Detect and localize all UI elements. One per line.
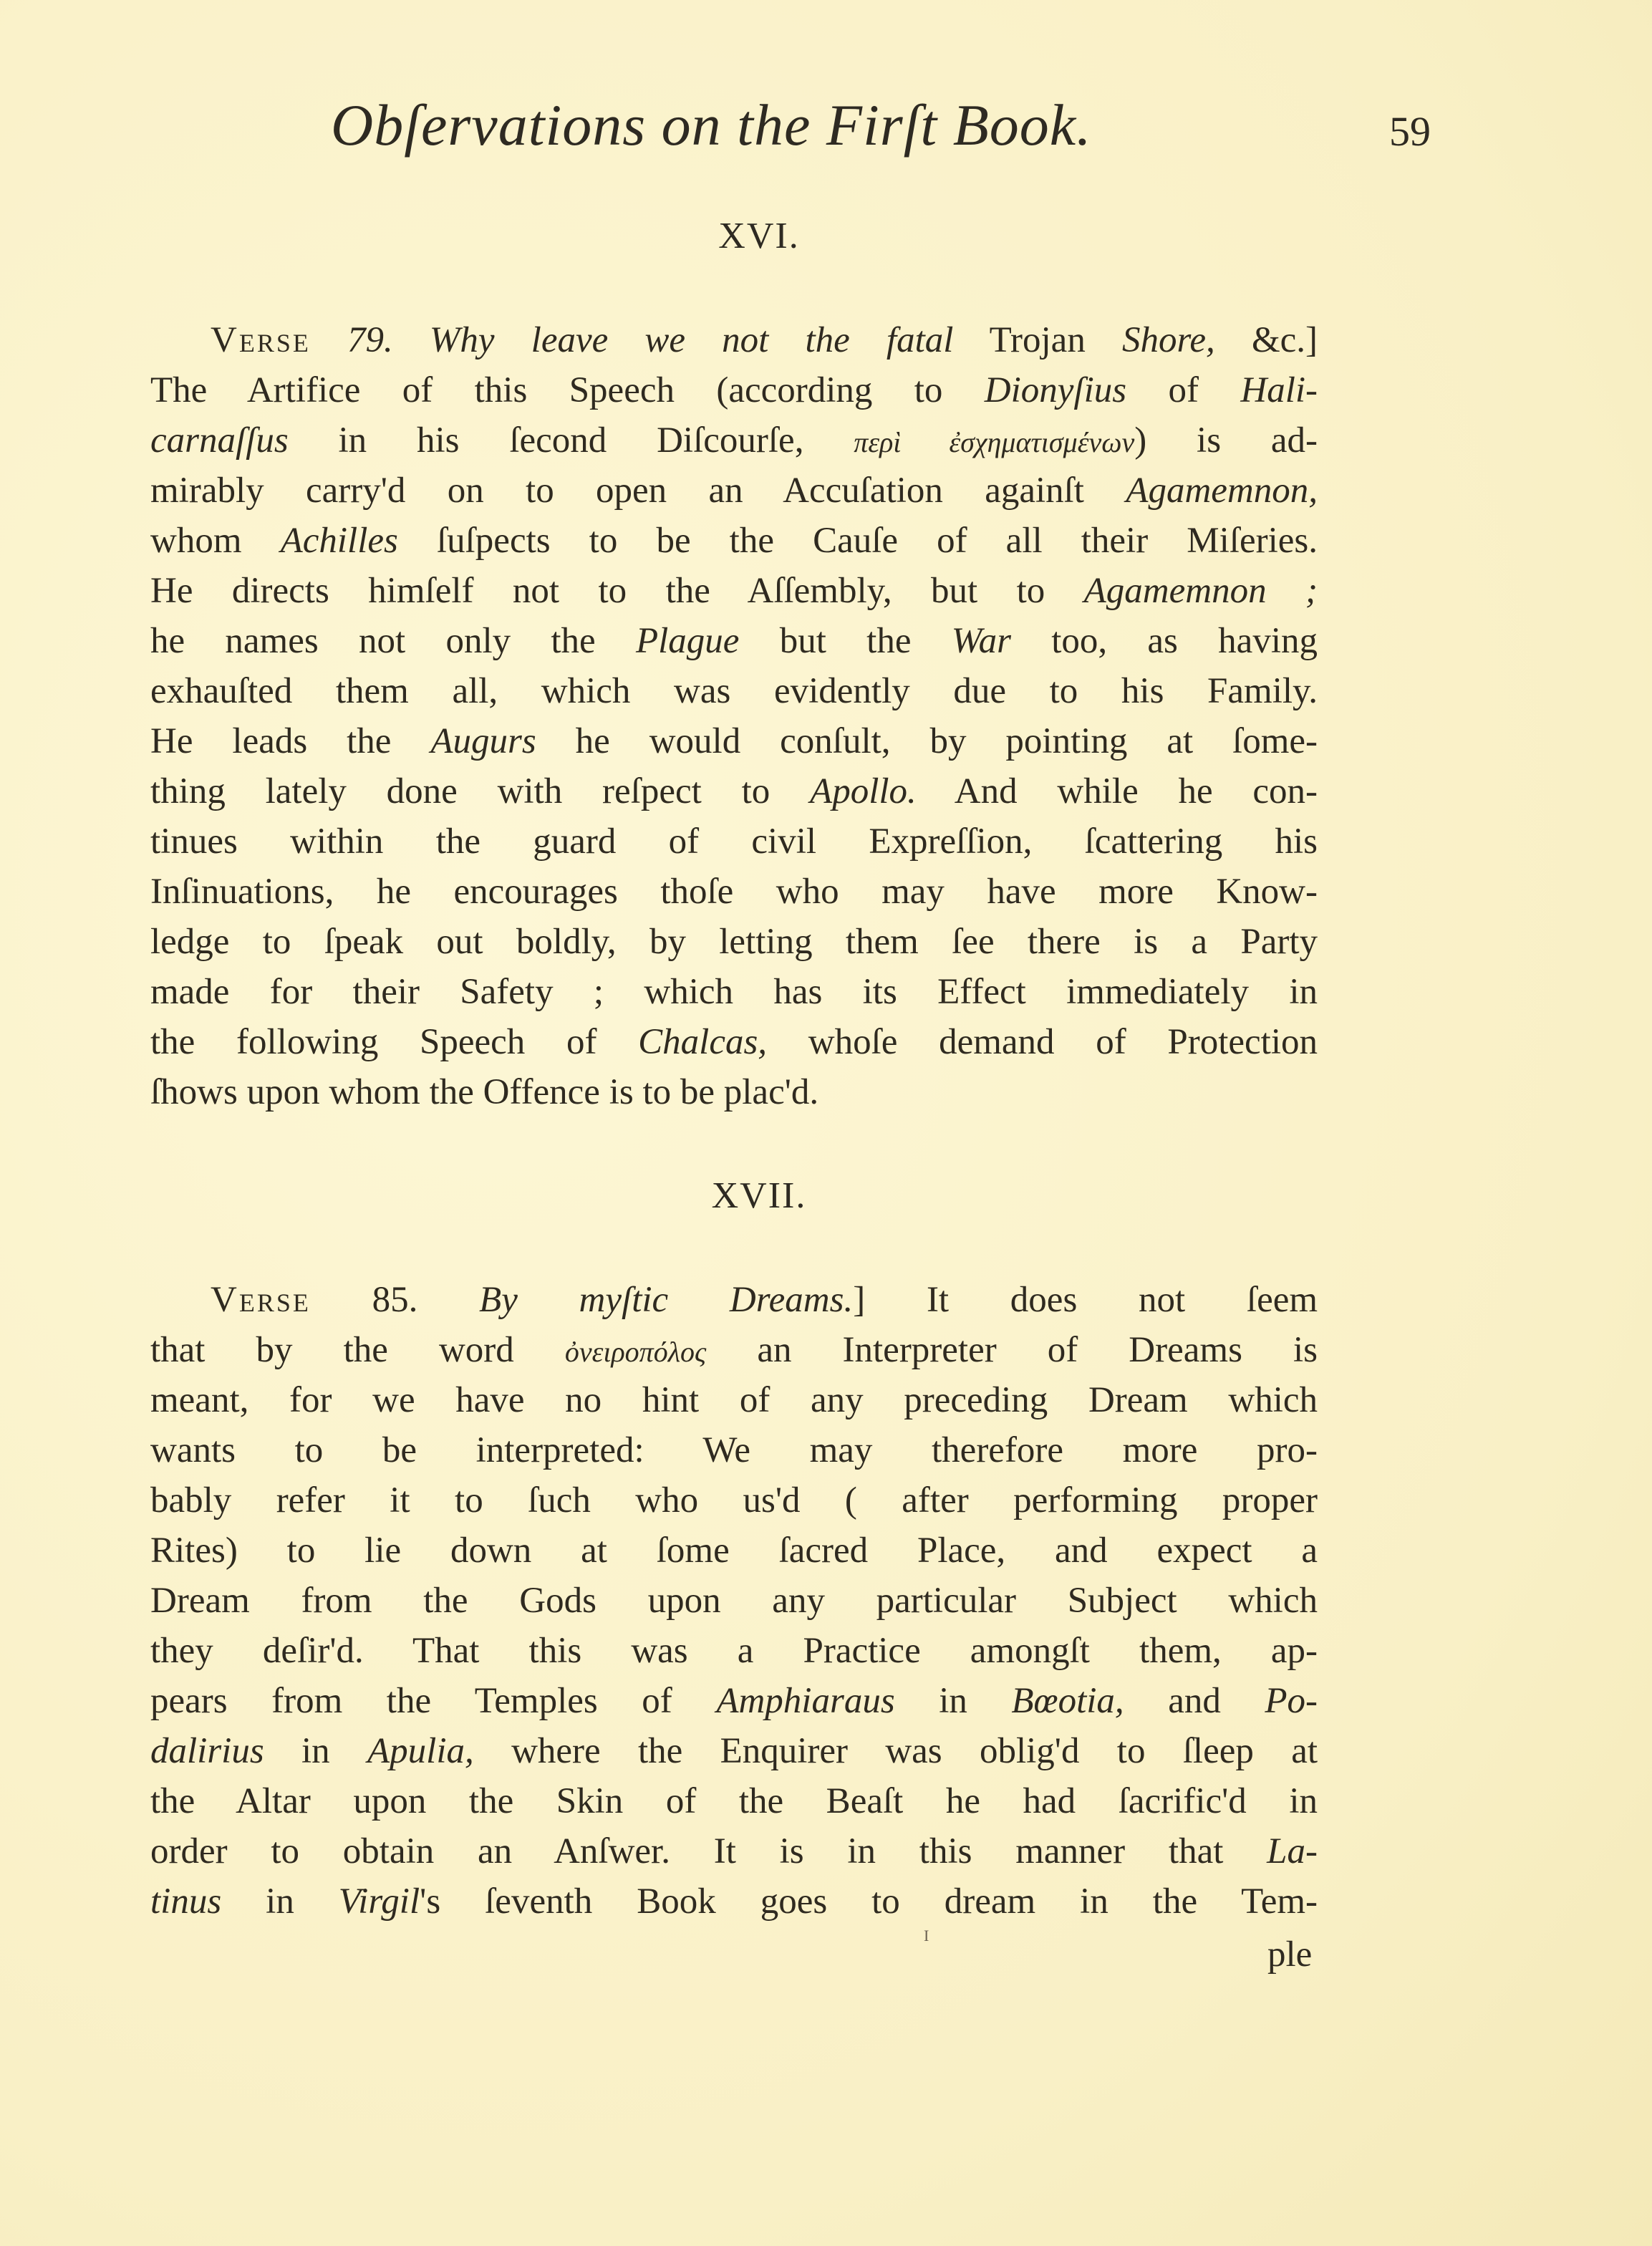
text-run: where the Enquirer was oblig'd to ſleep … (511, 1731, 1318, 1771)
proper-name: carnaſſus (150, 420, 289, 461)
text-run: wants to be interpreted: We may therefor… (150, 1430, 1318, 1470)
proper-name: Bœotia, (1011, 1681, 1124, 1721)
proper-name: Apollo. (810, 771, 917, 811)
verse-line: Verse 85. By myſtic Dreams.] It does not… (150, 1275, 1318, 1325)
text-line: He directs himſelf not to the Aſſembly, … (150, 566, 1318, 616)
verse-number: 85. (372, 1280, 418, 1320)
lemma: By myſtic Dreams. (479, 1280, 853, 1320)
lemma-tail: &c.] (1252, 320, 1318, 360)
text-run: bably refer it to ſuch who us'd ( after … (150, 1480, 1318, 1520)
text-line: bably refer it to ſuch who us'd ( after … (150, 1475, 1318, 1526)
proper-name: Chalcas, (638, 1022, 767, 1062)
text-line: The Artifice of this Speech (according t… (150, 365, 1318, 415)
text-run: in (301, 1731, 330, 1771)
text-run: Rites) to lie down at ſome ſacred Place,… (150, 1531, 1318, 1571)
text-line: He leads the Augurs he would conſult, by… (150, 716, 1318, 766)
text-line: exhauſted them all, which was evidently … (150, 666, 1318, 716)
proper-name: Dionyſius (985, 370, 1126, 410)
text-run: in his ſecond Diſcourſe, (339, 420, 804, 461)
lemma-tail: ] (853, 1280, 865, 1320)
text-run: and (1168, 1681, 1221, 1721)
text-run: he names not only the (150, 621, 596, 661)
text-run: of (1169, 370, 1199, 410)
running-title: Obſervations on the Firſt Book. (331, 92, 1092, 159)
text-line: pears from the Temples of Amphiaraus in … (150, 1676, 1318, 1726)
proper-name: Amphiaraus (716, 1681, 894, 1721)
text-run: whoſe demand of Protection (808, 1022, 1318, 1062)
proper-name: Agamemnon ; (1084, 571, 1318, 611)
page-number: 59 (1389, 107, 1431, 155)
text-run: He leads the (150, 721, 391, 761)
text-run: ſhows upon whom the Offence is to be pla… (150, 1072, 818, 1112)
proper-name: Plague (636, 621, 739, 661)
text-run: that by the word (150, 1330, 514, 1370)
text-run: thing lately done with reſpect to (150, 771, 770, 811)
text-run: he would conſult, by pointing at ſome- (576, 721, 1318, 761)
text-run: And while he con- (955, 771, 1318, 811)
text-run: ledge to ſpeak out boldly, by letting th… (150, 922, 1318, 962)
text-run: 's ſeventh Book goes to dream in the Tem… (420, 1881, 1318, 1922)
text-line: the following Speech of Chalcas, whoſe d… (150, 1017, 1318, 1067)
section-number-xvii: XVII. (652, 1175, 866, 1217)
lemma: Why leave we not the fatal (430, 320, 954, 360)
text-line: thing lately done with reſpect to Apollo… (150, 766, 1318, 816)
text-line: the Altar upon the Skin of the Beaſt he … (150, 1776, 1318, 1826)
text-line: order to obtain an Anſwer. It is in this… (150, 1826, 1318, 1876)
text-run: meant, for we have no hint of any preced… (150, 1380, 1318, 1420)
signature-mark: I (924, 1927, 929, 1945)
verse-number: 79. (347, 320, 393, 360)
text-run: It does not ſeem (927, 1280, 1318, 1320)
verse-label: Verse (211, 1280, 311, 1320)
text-line: ledge to ſpeak out boldly, by letting th… (150, 917, 1318, 967)
text-run: made for their Safety ; which has its Ef… (150, 972, 1318, 1012)
text-run: they deſir'd. That this was a Practice a… (150, 1631, 1318, 1671)
text-run: the following Speech of (150, 1022, 596, 1062)
proper-name: War (952, 621, 1011, 661)
catchword: ple (1267, 1934, 1312, 1975)
text-line: tinus in Virgil's ſeventh Book goes to d… (150, 1876, 1318, 1927)
proper-name: dalirius (150, 1731, 264, 1771)
text-line: they deſir'd. That this was a Practice a… (150, 1626, 1318, 1676)
proper-name: tinus (150, 1881, 221, 1922)
text-run: too, as having (1051, 621, 1318, 661)
text-run: tinues within the guard of civil Expreſſ… (150, 821, 1318, 862)
text-run: an Interpreter of Dreams is (757, 1330, 1318, 1370)
text-run: ſuſpects to be the Cauſe of all their Mi… (437, 521, 1318, 561)
section-xvii-text: Verse 85. By myſtic Dreams.] It does not… (150, 1275, 1318, 1927)
text-run: order to obtain an Anſwer. It is in this… (150, 1831, 1223, 1871)
text-run: The Artifice of this Speech (according t… (150, 370, 942, 410)
greek-word: ὀνειροπόλος (565, 1336, 706, 1368)
section-number-xvi: XVI. (652, 215, 866, 257)
lemma-end: Shore, (1122, 320, 1215, 360)
text-run: He directs himſelf not to the Aſſembly, … (150, 571, 1045, 611)
text-run: whom (150, 521, 242, 561)
text-run: Inſinuations, he encourages thoſe who ma… (150, 872, 1318, 912)
text-line: tinues within the guard of civil Expreſſ… (150, 816, 1318, 867)
proper-name: Achilles (281, 521, 398, 561)
text-line: Rites) to lie down at ſome ſacred Place,… (150, 1526, 1318, 1576)
text-line: Dream from the Gods upon any particular … (150, 1576, 1318, 1626)
proper-name: Virgil (339, 1881, 420, 1922)
proper-name: Augurs (430, 721, 536, 761)
text-run: exhauſted them all, which was evidently … (150, 671, 1318, 711)
lemma-roman: Trojan (990, 320, 1086, 360)
section-xvi-text: Verse 79. Why leave we not the fatal Tro… (150, 315, 1318, 1117)
verse-line: Verse 79. Why leave we not the fatal Tro… (150, 315, 1318, 365)
text-run: in (939, 1681, 967, 1721)
text-line: he names not only the Plague but the War… (150, 616, 1318, 666)
text-run: pears from the Temples of (150, 1681, 672, 1721)
proper-name: Po- (1265, 1681, 1318, 1721)
text-line: mirably carry'd on to open an Accuſation… (150, 466, 1318, 516)
text-run: in (266, 1881, 294, 1922)
text-line: carnaſſus in his ſecond Diſcourſe, περὶ … (150, 415, 1318, 466)
text-line: Inſinuations, he encourages thoſe who ma… (150, 867, 1318, 917)
book-page: Obſervations on the Firſt Book. 59 XVI. … (0, 0, 1652, 2246)
text-line: that by the word ὀνειροπόλος an Interpre… (150, 1325, 1318, 1375)
text-run: Dream from the Gods upon any particular … (150, 1581, 1318, 1621)
text-line: wants to be interpreted: We may therefor… (150, 1425, 1318, 1475)
text-line: meant, for we have no hint of any preced… (150, 1375, 1318, 1425)
proper-name: Agamemnon, (1126, 471, 1318, 511)
text-run: ) is ad- (1134, 420, 1318, 461)
verse-label: Verse (211, 320, 311, 360)
text-line: made for their Safety ; which has its Ef… (150, 967, 1318, 1017)
text-run: mirably carry'd on to open an Accuſation… (150, 471, 1084, 511)
text-line: ſhows upon whom the Offence is to be pla… (150, 1067, 1318, 1117)
proper-name: La- (1267, 1831, 1318, 1871)
text-run: the Altar upon the Skin of the Beaſt he … (150, 1781, 1318, 1821)
text-run: but the (780, 621, 912, 661)
text-line: whom Achilles ſuſpects to be the Cauſe o… (150, 516, 1318, 566)
text-line: dalirius in Apulia, where the Enquirer w… (150, 1726, 1318, 1776)
greek-phrase: περὶ ἐσχηματισμένων (854, 426, 1134, 458)
proper-name: Hali- (1240, 370, 1318, 410)
proper-name: Apulia, (367, 1731, 474, 1771)
